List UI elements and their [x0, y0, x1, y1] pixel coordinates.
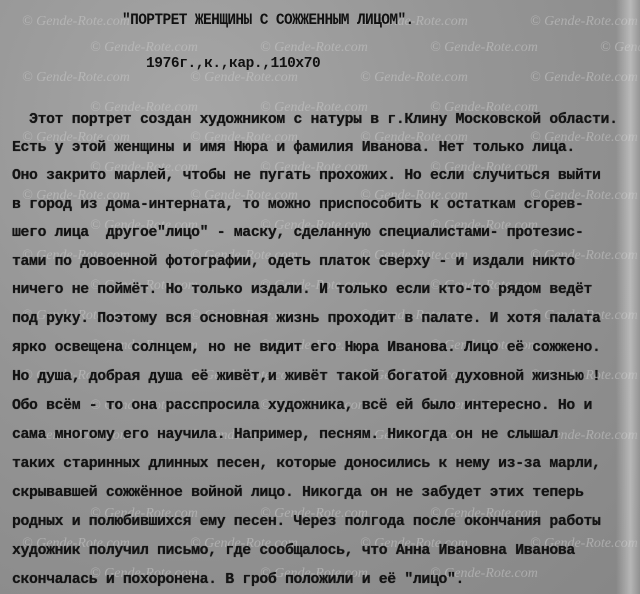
watermark: © Gende-Rote.com	[90, 40, 198, 56]
text-line: Этот портрет создан художником с натуры …	[12, 112, 618, 128]
scanned-document-page: © Gende-Rote.com © Gende-Rote.com © Gend…	[0, 0, 640, 594]
text-line: под руку. Поэтому вся основная жизнь про…	[12, 311, 601, 327]
text-line: сама многому его научила. Например, песн…	[12, 427, 558, 443]
text-line: скрывавшей сожжённое войной лицо. Никогд…	[12, 485, 583, 501]
artwork-details: 1976г.,к.,кар.,110х70	[146, 56, 320, 72]
watermark: © Gende-Rote.com	[260, 40, 368, 56]
text-line: тами по довоенной фотографии, одеть плат…	[12, 254, 575, 270]
text-line: скончалась и похоронена. В гроб положили…	[12, 572, 464, 588]
watermark: © Gende-Rote.com	[360, 70, 468, 86]
text-line: Но душа, добрая душа её живёт,и живёт та…	[12, 369, 601, 385]
watermark: © Gende-Rote.com	[430, 40, 538, 56]
watermark: © Gende-Rote.com	[190, 70, 298, 86]
text-line: шего лица другое"лицо" - маску, сделанну…	[12, 225, 583, 241]
text-line: Обо всём - то она расспросила художника,…	[12, 398, 592, 414]
watermark: © Gende-Rote.com	[22, 70, 130, 86]
text-line: ничего не поймёт. Но только издали. И то…	[12, 282, 592, 298]
watermark: © Gende-Rote.com	[22, 14, 130, 30]
text-line: в город из дома-интерната, то можно прис…	[12, 197, 583, 213]
paper-edge	[616, 0, 640, 594]
text-line: Есть у этой женщины и имя Нюра и фамилия…	[12, 140, 575, 156]
text-line: ярко освещена солнцем, но не видит его Н…	[12, 340, 601, 356]
text-line: родных и полюбившихся ему песен. Через п…	[12, 514, 601, 530]
text-line: таких старинных длинных песен, которые д…	[12, 456, 601, 472]
text-line: Оно закрито марлей, чтобы не пугать прох…	[12, 168, 601, 184]
text-line: художник получил письмо, где сообщалось,…	[12, 543, 575, 559]
document-title: "ПОРТРЕТ ЖЕНЩИНЫ С СОЖЖЕННЫМ ЛИЦОМ".	[122, 12, 414, 30]
